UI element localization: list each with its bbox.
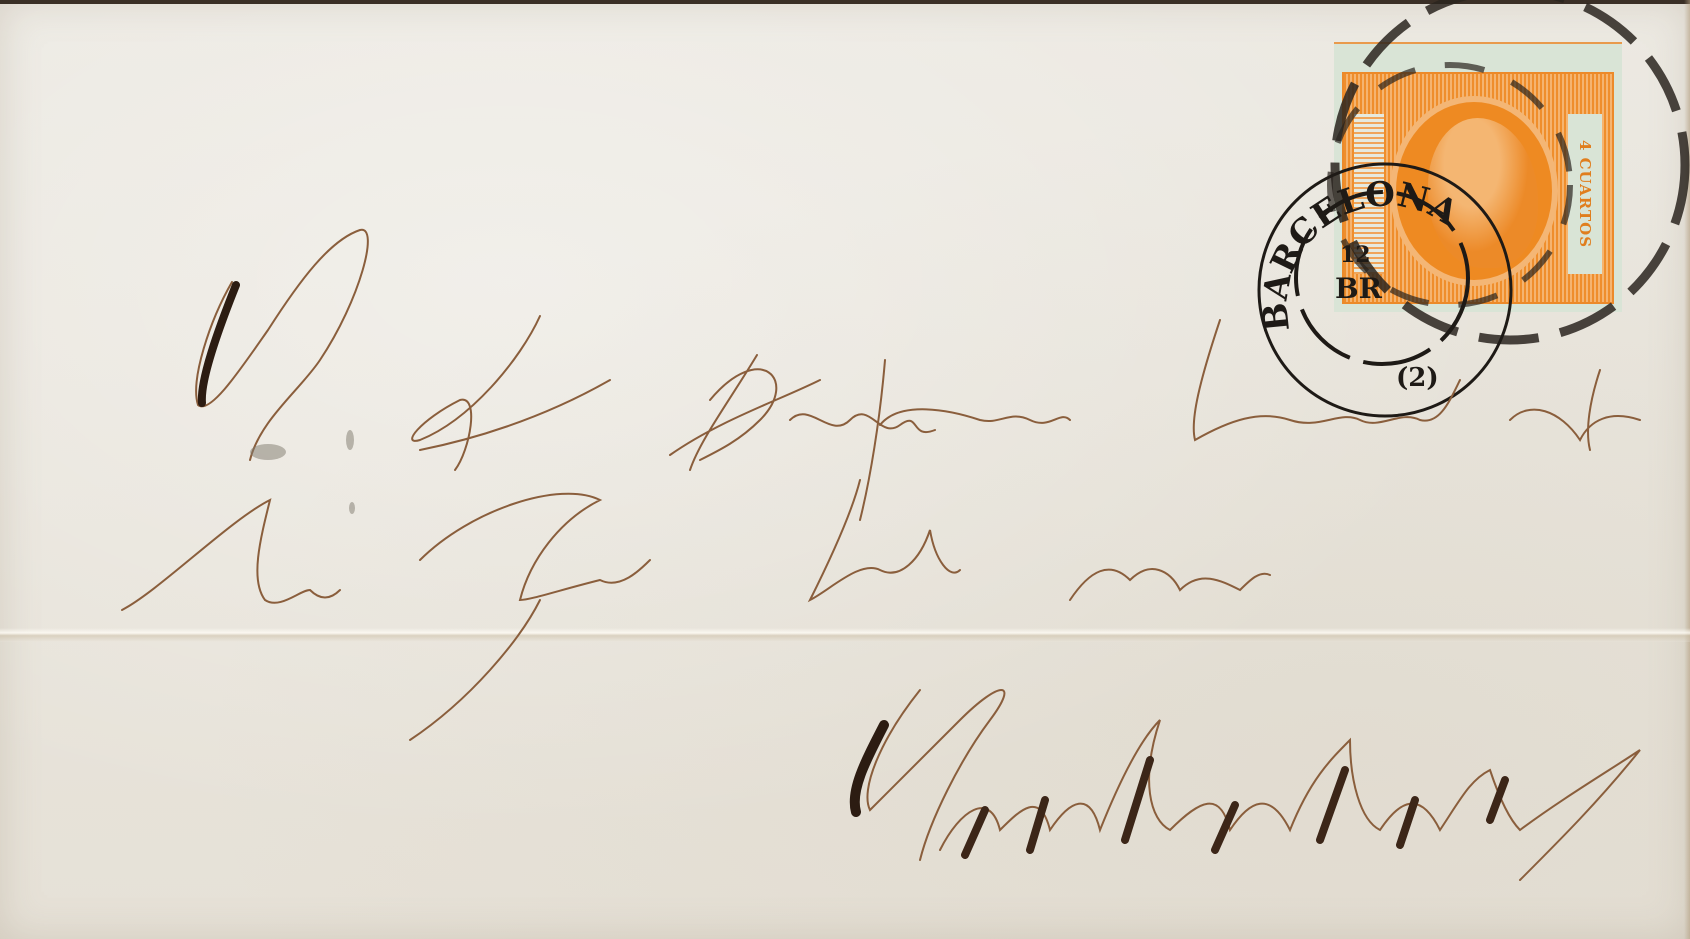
handwriting-salutation [196,230,610,470]
handwriting-santander [855,690,1640,880]
postmark-number: (2) [1396,363,1439,393]
handwriting-bonifacio [670,355,1070,520]
postmark-month: BR [1335,272,1383,305]
handwriting-la-vega-del-com [122,480,1270,740]
handwriting-and-postmarks: BARCELONA 12 BR (2) [0,0,1690,939]
postmark-day: 12 [1340,242,1371,268]
envelope-cover: 4 CUARTOS BARCELONA 12 BR (2) [0,0,1690,939]
